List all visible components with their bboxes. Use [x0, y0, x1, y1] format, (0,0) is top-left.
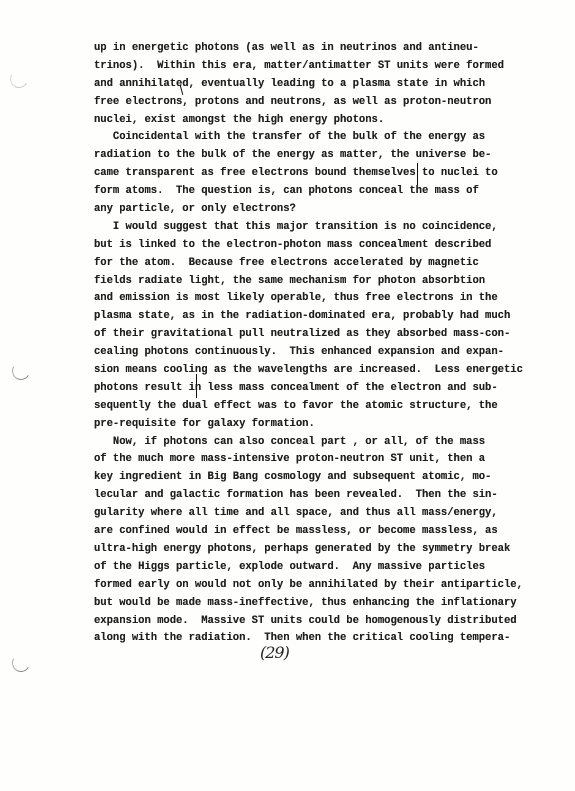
text-line: fields radiate light, the same mechanism… [94, 273, 554, 291]
punch-hole-icon [10, 652, 32, 674]
text-line: are confined would in effect be massless… [94, 523, 554, 541]
text-line: nuclei, exist amongst the high energy ph… [94, 112, 554, 130]
text-line: of the much more mass-intensive proton-n… [94, 451, 554, 469]
text-line: I would suggest that this major transiti… [94, 219, 554, 237]
typewritten-body: up in energetic photons (as well as in n… [94, 40, 554, 648]
text-line: cealing photons continuously. This enhan… [94, 344, 554, 362]
text-line: up in energetic photons (as well as in n… [94, 40, 554, 58]
text-line: trinos). Within this era, matter/antimat… [94, 58, 554, 76]
text-line: sion means cooling as the wavelengths ar… [94, 362, 554, 380]
text-line: pre-requisite for galaxy formation. [94, 416, 554, 434]
text-line: expansion mode. Massive ST units could b… [94, 613, 554, 631]
handwritten-insertion-mark [196, 374, 197, 398]
text-line: came transparent as free electrons bound… [94, 165, 554, 183]
text-line: sequently the dual effect was to favor t… [94, 398, 554, 416]
text-line: of the Higgs particle, explode outward. … [94, 559, 554, 577]
text-line: lecular and galactic formation has been … [94, 487, 554, 505]
text-line: of their gravitational pull neutralized … [94, 326, 554, 344]
text-line: Coincidental with the transfer of the bu… [94, 129, 554, 147]
document-page: up in energetic photons (as well as in n… [0, 0, 575, 791]
text-line: ultra-high energy photons, perhaps gener… [94, 541, 554, 559]
text-line: free electrons, protons and neutrons, as… [94, 94, 554, 112]
text-line: for the atom. Because free electrons acc… [94, 255, 554, 273]
text-line: but would be made mass-ineffective, thus… [94, 595, 554, 613]
text-line: Now, if photons can also conceal part , … [94, 434, 554, 452]
text-line: formed early on would not only be annihi… [94, 577, 554, 595]
text-line: and annihilated, eventually leading to a… [94, 76, 554, 94]
text-line: photons result in less mass concealment … [94, 380, 554, 398]
text-line: key ingredient in Big Bang cosmology and… [94, 469, 554, 487]
text-line: form atoms. The question is, can photons… [94, 183, 554, 201]
text-line: any particle, or only electrons? [94, 201, 554, 219]
text-line: plasma state, as in the radiation-domina… [94, 308, 554, 326]
punch-hole-icon [10, 360, 32, 382]
text-line: and emission is most likely operable, th… [94, 290, 554, 308]
punch-hole-icon [8, 68, 30, 90]
text-line: radiation to the bulk of the energy as m… [94, 147, 554, 165]
text-line: gularity where all time and all space, a… [94, 505, 554, 523]
text-line: along with the radiation. Then when the … [94, 630, 554, 648]
text-line: but is linked to the electron-photon mas… [94, 237, 554, 255]
page-number: (29) [260, 643, 289, 662]
handwritten-insertion-mark [417, 163, 418, 185]
